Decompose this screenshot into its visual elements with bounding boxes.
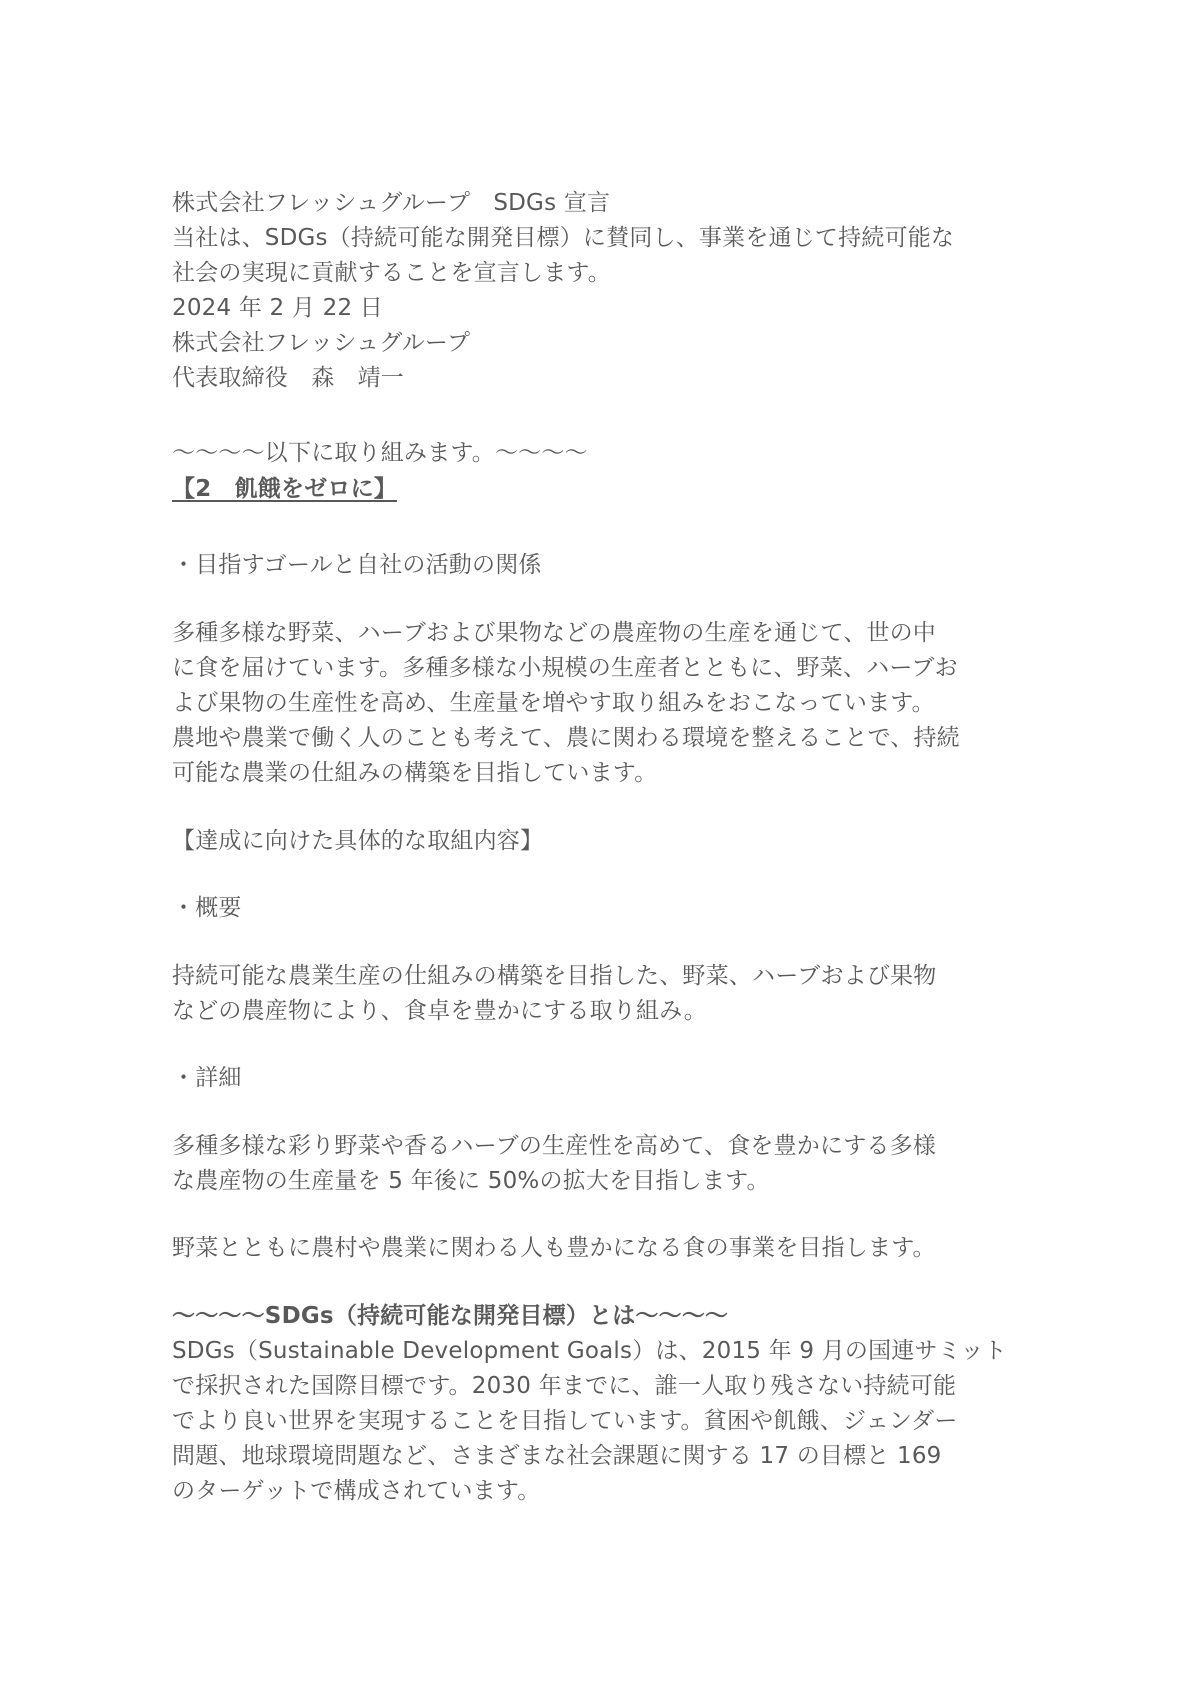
about-sdgs-line-5: のターゲットで構成されています。 <box>172 1475 540 1507</box>
declaration-statement-line-2: 社会の実現に貢献することを宣言します。 <box>172 257 611 289</box>
relation-line-1: 多種多様な野菜、ハーブおよび果物などの農産物の生産を通じて、世の中 <box>172 617 936 649</box>
about-sdgs-heading: ～～～～SDGs（持続可能な開発目標）とは～～～～ <box>172 1300 728 1332</box>
about-sdgs-line-2: で採択された国際目標です。2030 年までに、誰一人取り残さない持続可能 <box>172 1370 956 1402</box>
commitment-intro: ～～～～以下に取り組みます。～～～～ <box>172 437 588 469</box>
relation-heading: ・目指すゴールと自社の活動の関係 <box>172 549 542 581</box>
relation-line-4: 農地や農業で働く人のことも考えて、農に関わる環境を整えることで、持続 <box>172 722 960 754</box>
details-line-1: 多種多様な彩り野菜や香るハーブの生産性を高めて、食を豊かにする多様 <box>172 1130 936 1162</box>
about-sdgs-line-1: SDGs（Sustainable Development Goals）は、201… <box>172 1335 1007 1367</box>
details-extra: 野菜とともに農村や農業に関わる人も豊かになる食の事業を目指します。 <box>172 1232 936 1264</box>
actions-heading: 【達成に向けた具体的な取組内容】 <box>172 825 543 857</box>
declaration-title: 株式会社フレッシュグループ SDGs 宣言 <box>172 187 610 219</box>
relation-line-5: 可能な農業の仕組みの構築を目指しています。 <box>172 757 657 789</box>
overview-line-2: などの農産物により、食卓を豊かにする取り組み。 <box>172 995 707 1027</box>
company-name: 株式会社フレッシュグループ <box>172 327 470 359</box>
declaration-statement-line-1: 当社は、SDGs（持続可能な開発目標）に賛同し、事業を通じて持続可能な <box>172 222 954 254</box>
details-heading: ・詳細 <box>172 1062 242 1094</box>
representative-name: 代表取締役 森 靖一 <box>172 362 404 394</box>
details-line-2: な農産物の生産量を 5 年後に 50%の拡大を目指します。 <box>172 1165 770 1197</box>
about-sdgs-line-3: でより良い世界を実現することを目指しています。貧困や飢餓、ジェンダー <box>172 1405 958 1437</box>
declaration-date: 2024 年 2 月 22 日 <box>172 292 383 324</box>
overview-heading: ・概要 <box>172 892 242 924</box>
relation-line-3: よび果物の生産性を高め、生産量を増やす取り組みをおこなっています。 <box>172 687 935 719</box>
goal-heading: 【2 飢餓をゼロに】 <box>172 473 397 505</box>
overview-line-1: 持続可能な農業生産の仕組みの構築を目指した、野菜、ハーブおよび果物 <box>172 960 936 992</box>
relation-line-2: に食を届けています。多種多様な小規模の生産者とともに、野菜、ハーブお <box>172 652 958 684</box>
about-sdgs-line-4: 問題、地球環境問題など、さまざまな社会課題に関する 17 の目標と 169 <box>172 1440 942 1472</box>
